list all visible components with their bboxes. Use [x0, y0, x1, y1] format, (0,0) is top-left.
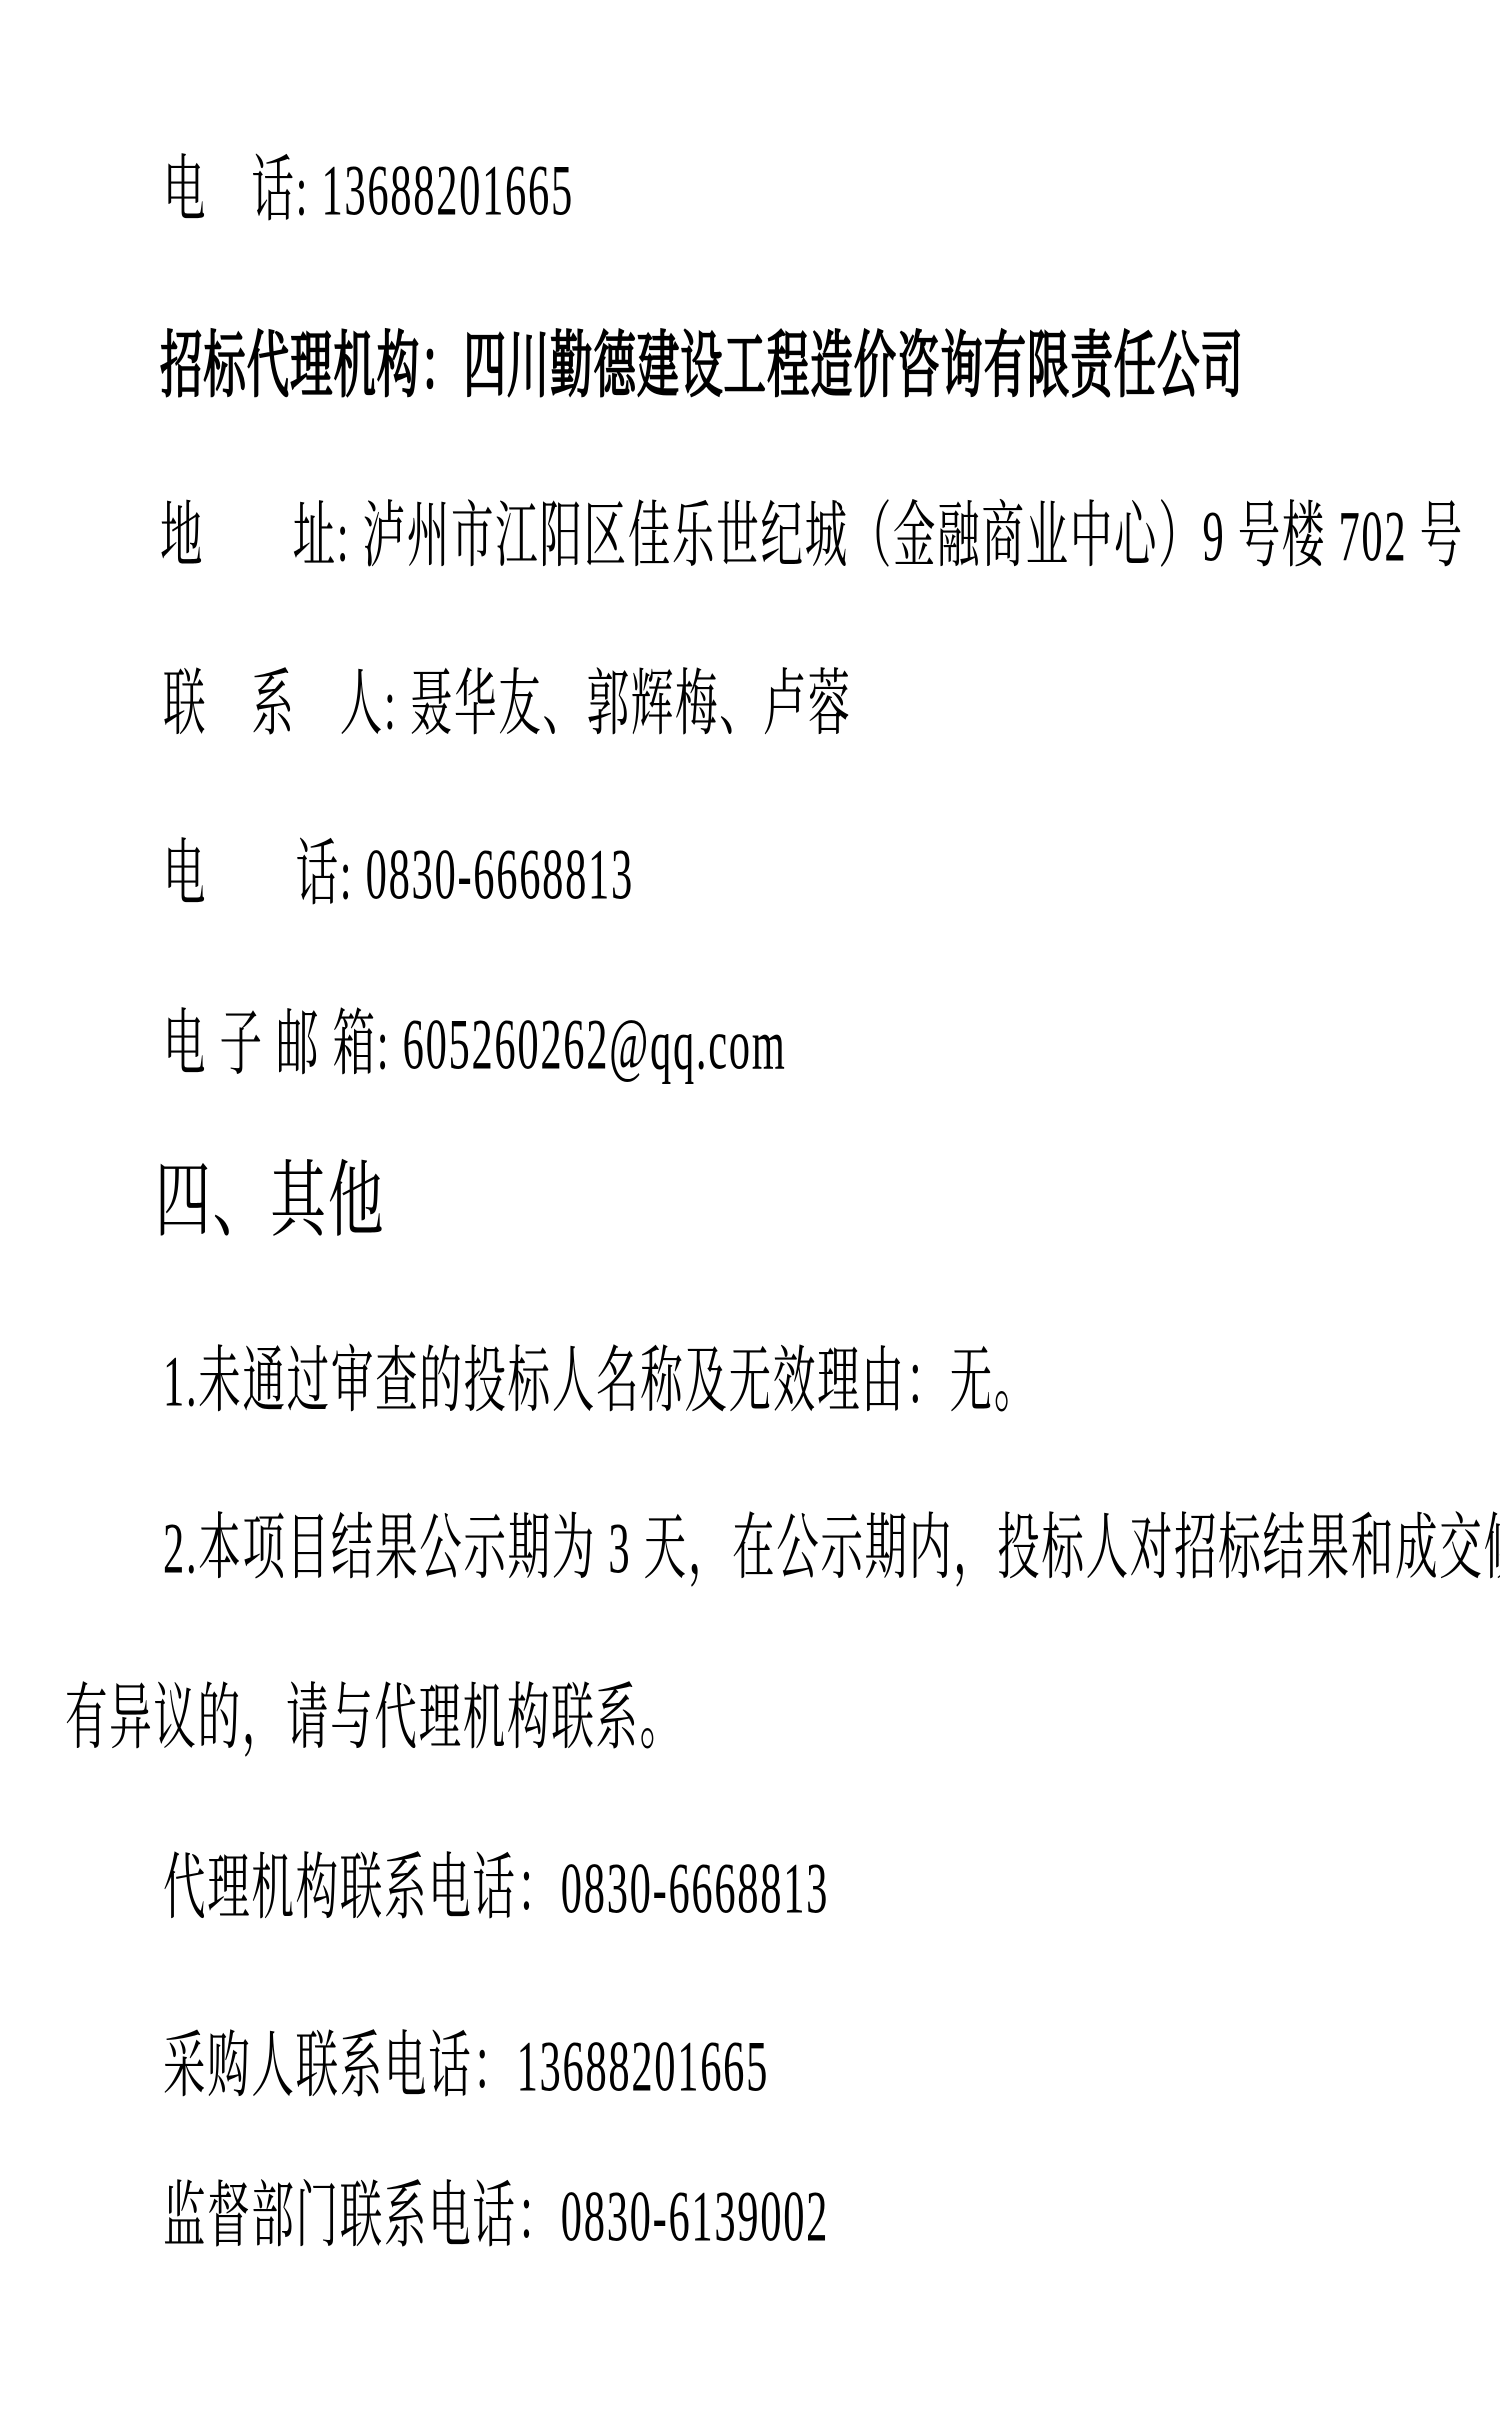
- agency-contact-phone-line: 代理机构联系电话：0830-6668813: [163, 1830, 829, 1946]
- agency-address-line: 地 址: 泸州市江阳区佳乐世纪城（金融商业中心）9 号楼 702 号: [160, 478, 1464, 594]
- agency-phone-line: 电 话: 0830-6668813: [163, 816, 634, 932]
- agency-contacts-value: 聂华友、郭辉梅、卢蓉: [410, 663, 852, 744]
- purchaser-phone-label: 电 话:: [163, 149, 321, 230]
- purchaser-phone-value: 13688201665: [321, 149, 573, 230]
- agency-email-label: 电 子 邮 箱:: [163, 1003, 403, 1084]
- agency-address-value: 泸州市江阳区佳乐世纪城（金融商业中心）9 号楼 702 号: [363, 495, 1464, 576]
- item-publicity-period-line1: 2.本项目结果公示期为 3 天，在公示期内，投标人对招标结果和成交候选人: [163, 1490, 1500, 1606]
- document-page: 电 话: 13688201665 招标代理机构：四川勤德建设工程造价咨询有限责任…: [0, 0, 1500, 2427]
- agency-phone-value: 0830-6668813: [366, 833, 634, 914]
- item-publicity-period-line2: 有异议的，请与代理机构联系。: [65, 1660, 684, 1776]
- purchaser-phone-line: 电 话: 13688201665: [163, 132, 574, 248]
- section-heading-other: 四、其他: [155, 1140, 385, 1264]
- agency-email-value: 605260262@qq.com: [403, 1003, 787, 1084]
- purchaser-contact-phone-line: 采购人联系电话：13688201665: [163, 2008, 769, 2124]
- agency-contacts-line: 联 系 人: 聂华友、郭辉梅、卢蓉: [163, 646, 852, 762]
- agency-heading: 招标代理机构：四川勤德建设工程造价咨询有限责任公司: [160, 308, 1244, 424]
- agency-contacts-label: 联 系 人:: [163, 663, 410, 744]
- agency-phone-label: 电 话:: [163, 833, 366, 914]
- supervision-phone-line: 监督部门联系电话：0830-6139002: [163, 2158, 829, 2274]
- agency-address-label: 地 址:: [160, 495, 363, 576]
- agency-email-line: 电 子 邮 箱: 605260262@qq.com: [163, 986, 787, 1102]
- item-rejected-bidders: 1.未通过审查的投标人名称及无效理由：无。: [163, 1323, 1038, 1439]
